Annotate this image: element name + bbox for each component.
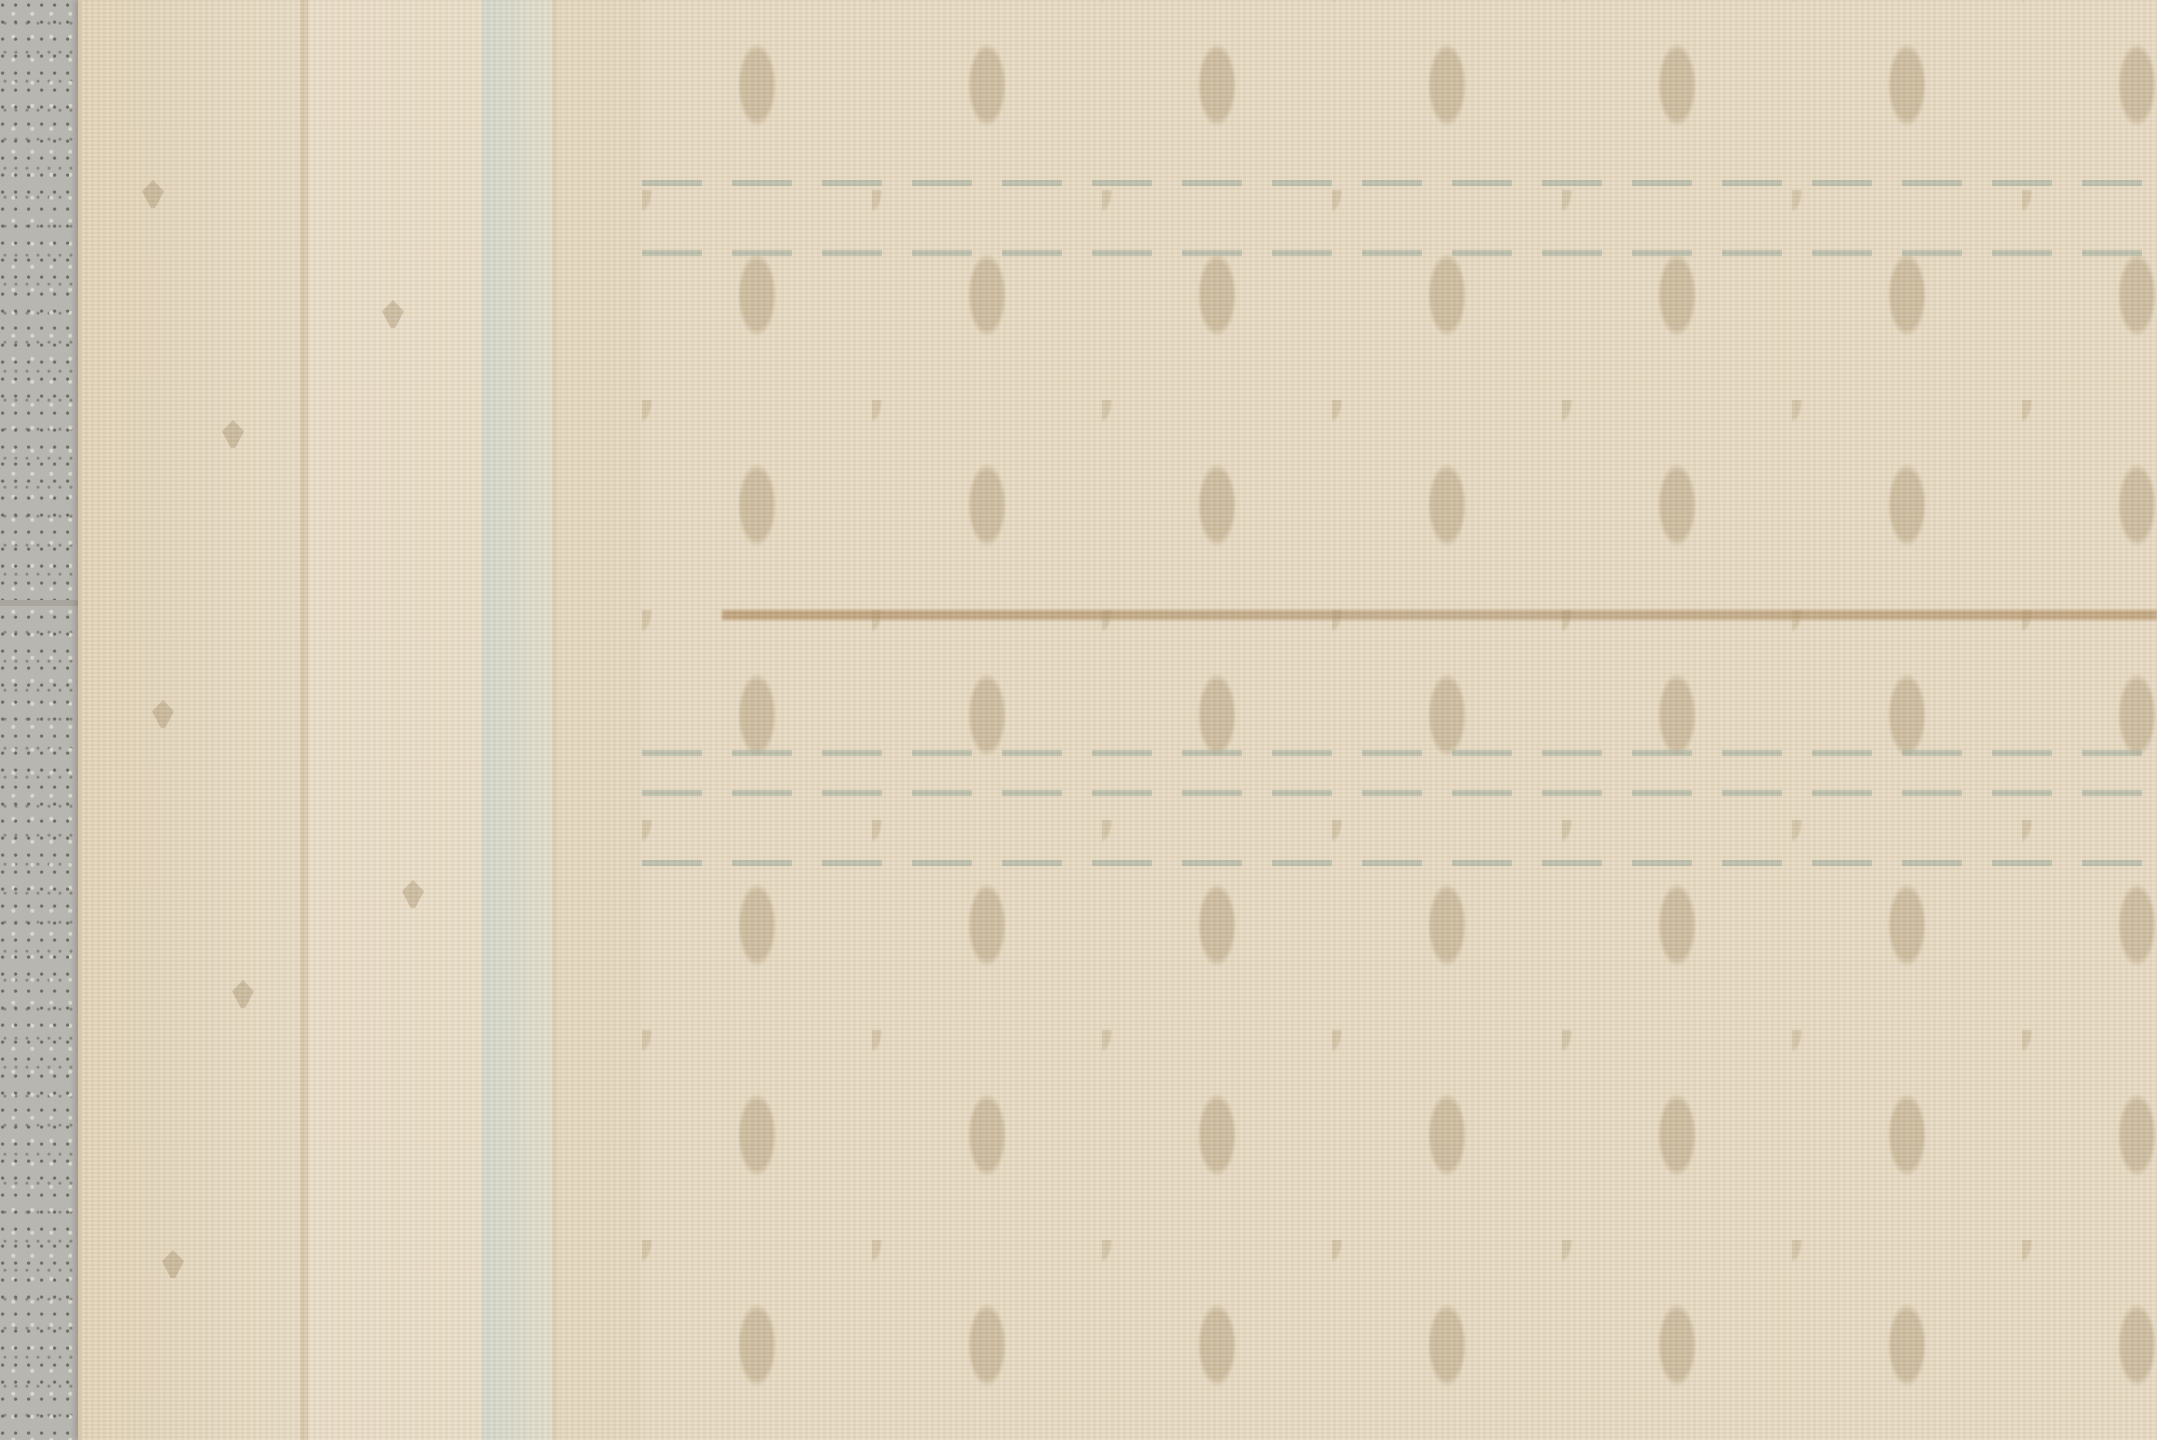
- rug-pile-texture: [82, 0, 2157, 1440]
- floor-joint: [0, 600, 80, 606]
- rug: [78, 0, 2157, 1440]
- concrete-floor: [0, 0, 80, 1440]
